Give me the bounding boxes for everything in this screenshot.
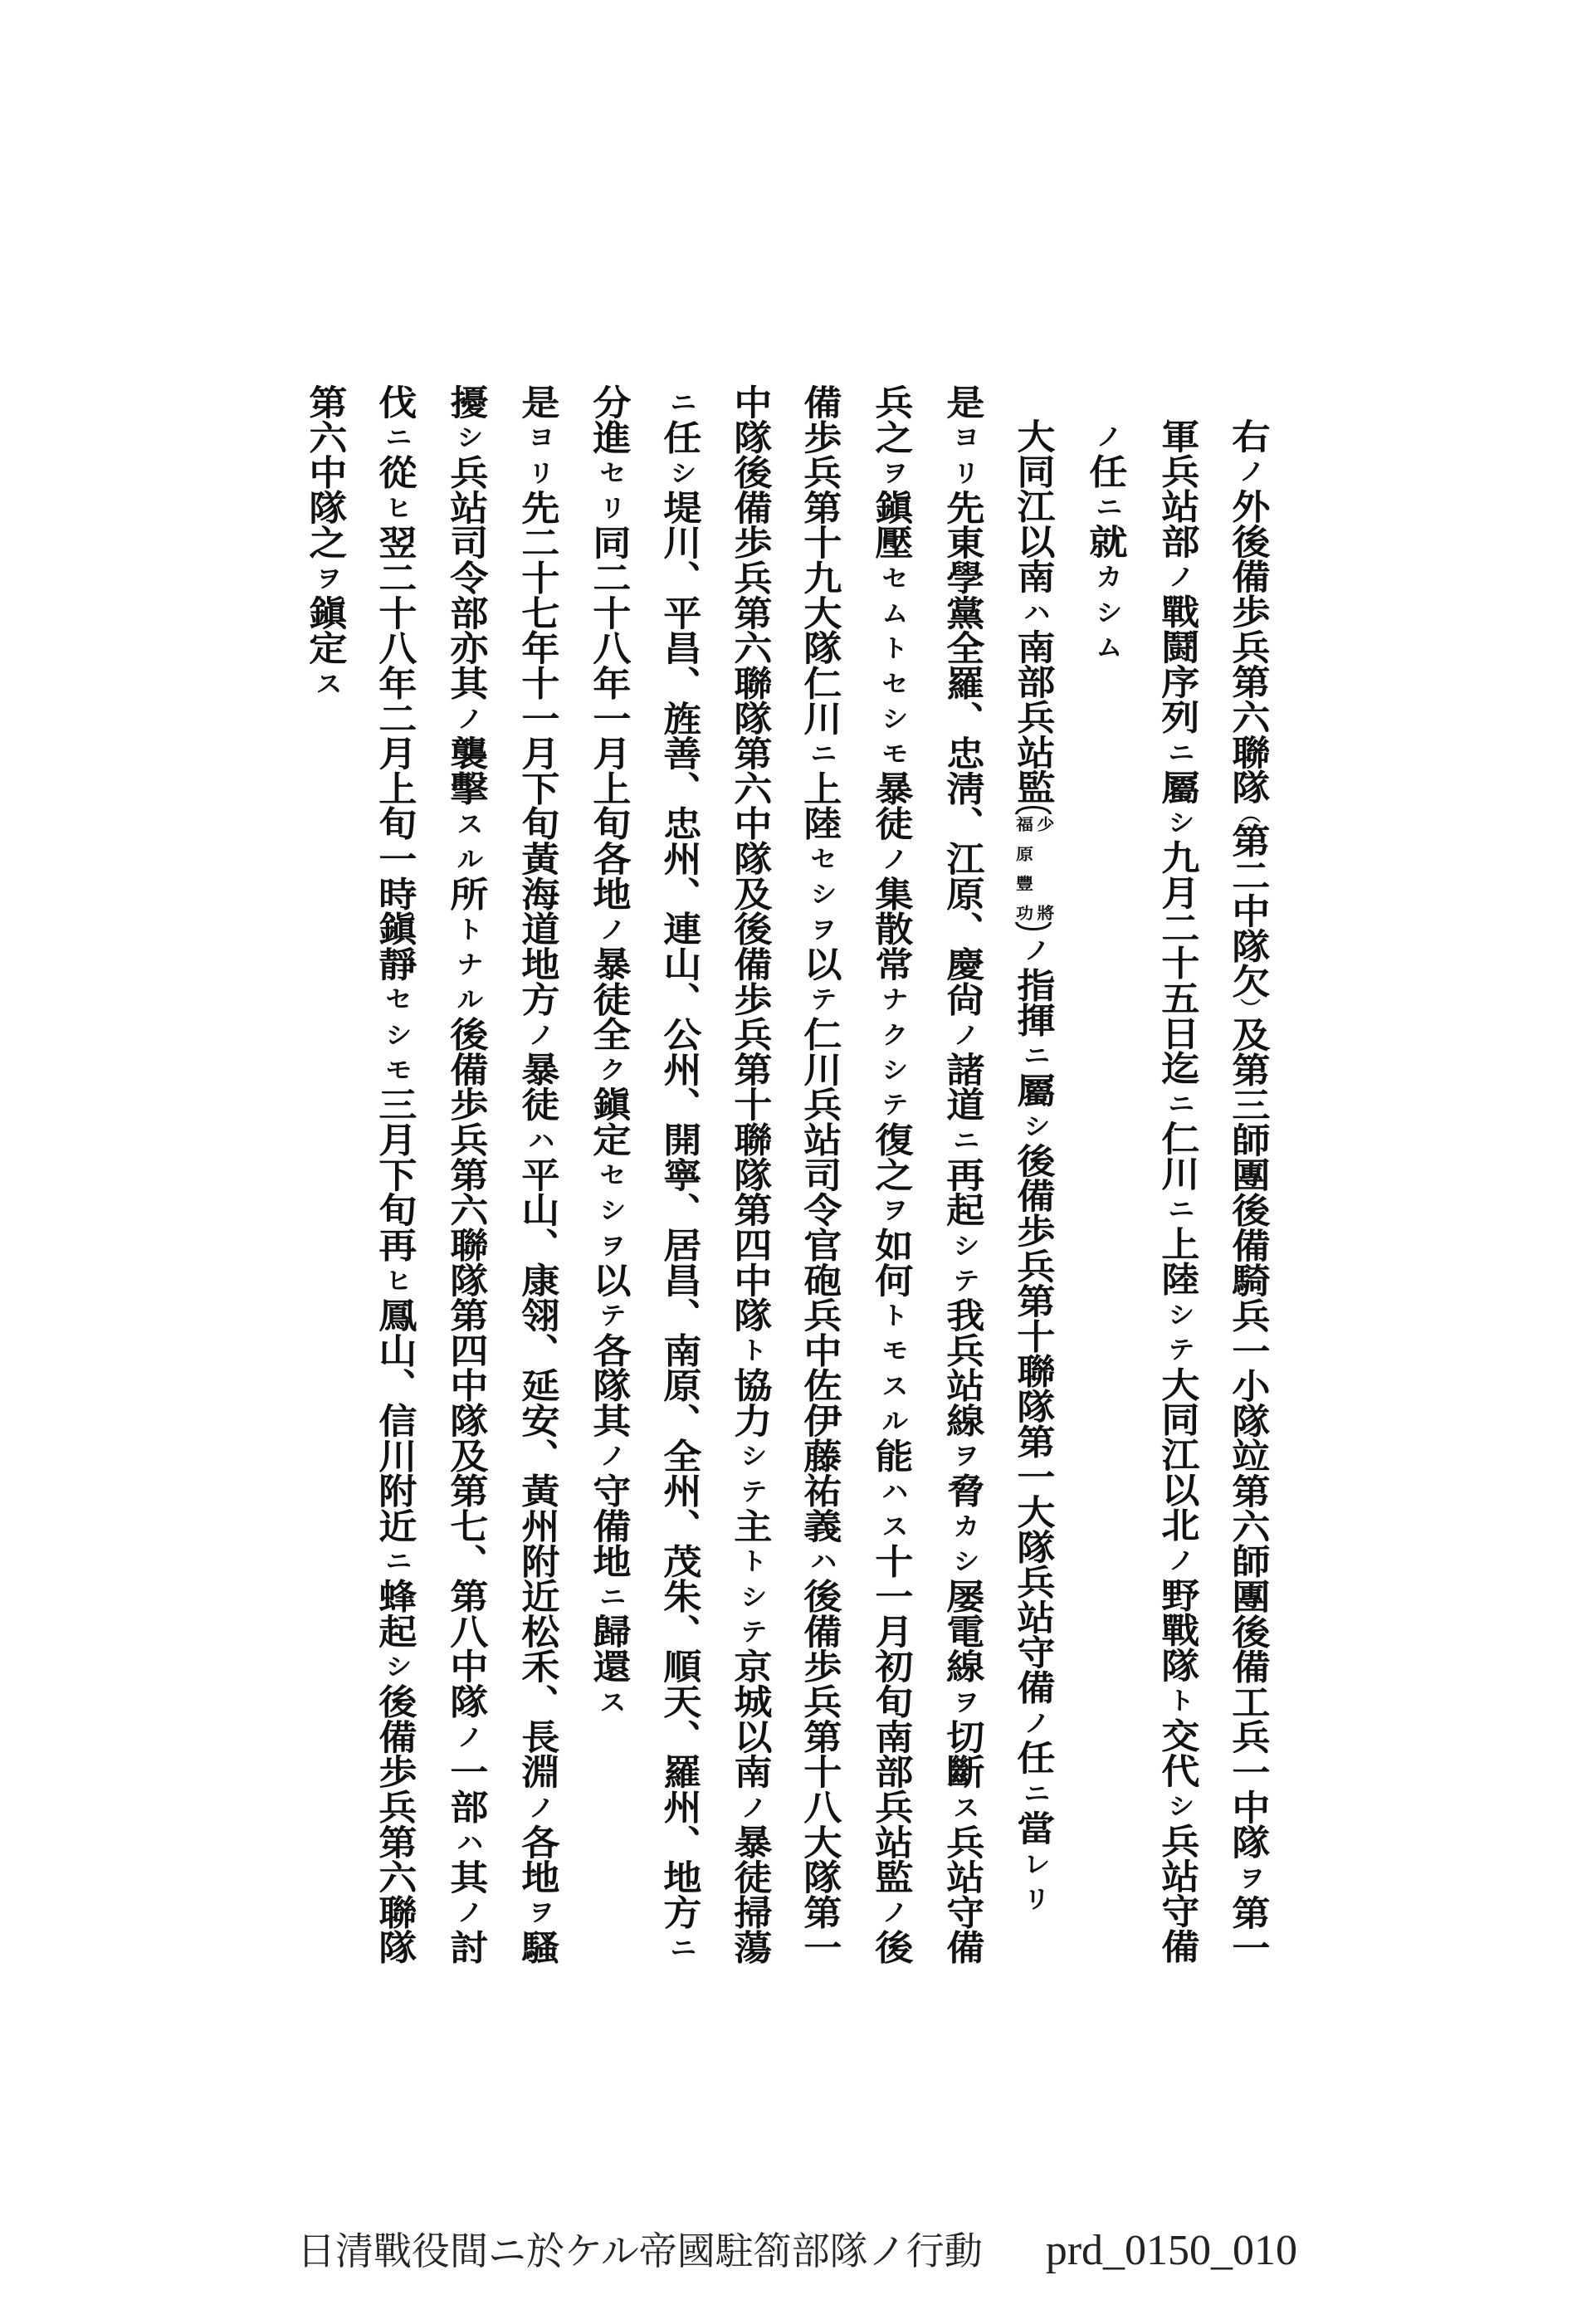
text-column-11: 是ヨリ先二十七年十一月下旬黃海道地方ノ暴徒ハ平山、康翎、延安、黃州附近松禾、長淵… (516, 384, 560, 1965)
text-column-3: ノ任ニ就カシム (1084, 418, 1128, 664)
inline-annotation: 少將 福原豐功 (1013, 806, 1055, 930)
text-column-13: 伐ニ從ヒ翌二十八年二月上旬一時鎭靜セシモ三月下旬再ヒ鳳山、信川附近ニ蜂起シ後備歩… (373, 384, 417, 1965)
text-column-5: 是ヨリ先東學黨全羅、忠淸、江原、慶尙ノ諸道ニ再起シテ我兵站線ヲ脅カシ屡電線ヲ切斷… (941, 384, 985, 1965)
column-4-text-before-annotation: 大同江以南ハ南部兵站監 (1012, 418, 1056, 804)
open-bracket-icon (1015, 806, 1052, 814)
annotation-person-name: 福原豐功 (1013, 816, 1033, 920)
text-column-10: 分進セリ同二十八年一月上旬各地ノ暴徒全ク鎭定セシヲ以テ各隊其ノ守備地ニ歸還ス (588, 384, 632, 1719)
page-id: prd_0150_010 (1046, 2227, 1297, 2274)
text-column-7: 備歩兵第十九大隊仁川ニ上陸セシヲ以テ仁川兵站司令官砲兵中佐伊藤祐義ハ後備歩兵第十… (798, 384, 842, 1965)
text-column-8: 中隊後備歩兵第六聯隊第六中隊及後備歩兵第十聯隊第四中隊ト協力シテ主トシテ京城以南… (729, 384, 773, 1965)
text-column-1: 右ノ外後備歩兵第六聯隊（第二中隊欠）及第三師團後備騎兵一小隊竝第六師團後備工兵一… (1227, 418, 1271, 1965)
text-column-12: 擾シ兵站司令部亦其ノ襲擊スル所トナル後備歩兵第六聯隊第四中隊及第七、第八中隊ノ一… (445, 384, 489, 1965)
text-column-9: ニ任シ堤川、平昌、旌善、忠州、連山、公州、開寧、居昌、南原、全州、茂朱、順天、羅… (658, 384, 702, 1965)
column-4-text-after-annotation: ノ指揮ニ屬シ後備歩兵第十聯隊第一大隊兵站守備ノ任ニ當レリ (1012, 932, 1056, 1916)
text-column-14: 第六中隊之ヲ鎭定ス (304, 384, 348, 701)
annotation-rank: 少將 (1034, 816, 1053, 920)
annotation-lines: 少將 福原豐功 (1013, 816, 1053, 920)
text-column-6: 兵之ヲ鎭壓セムトセシモ暴徒ノ集散常ナクシテ復之ヲ如何トモスル能ハス十一月初旬南部… (870, 384, 914, 1965)
text-column-2: 軍兵站部ノ戰鬪序列ニ屬シ九月二十五日迄ニ仁川ニ上陸シテ大同江以北ノ野戰隊ト交代シ… (1156, 418, 1200, 1964)
page-footer: 日清戰役間ニ於ケル帝國駐箚部隊ノ行動prd_0150_010 (297, 2221, 1297, 2276)
document-page: 右ノ外後備歩兵第六聯隊（第二中隊欠）及第三師團後備騎兵一小隊竝第六師團後備工兵一… (0, 0, 1577, 2324)
text-column-4: 大同江以南ハ南部兵站監 少將 福原豐功 ノ指揮ニ屬シ後備歩兵第十聯隊第一大隊兵站… (1012, 418, 1056, 1916)
close-bracket-icon (1015, 922, 1052, 930)
document-title: 日清戰役間ニ於ケル帝國駐箚部隊ノ行動 (297, 2229, 983, 2273)
